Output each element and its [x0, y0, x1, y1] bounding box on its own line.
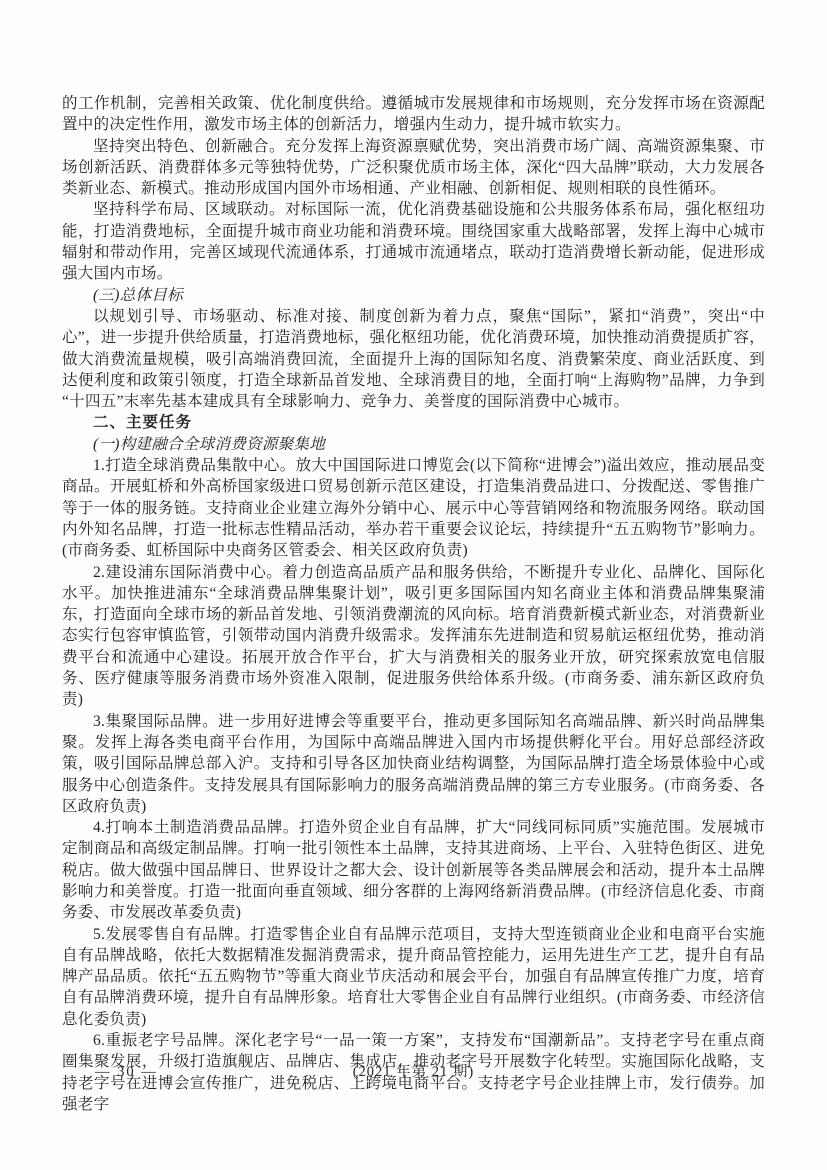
- chapter-heading-main-tasks: 二、主要任务: [62, 412, 765, 433]
- section-heading-global-consumption-hub: (一)构建融合全球消费资源聚集地: [62, 434, 765, 455]
- paragraph-task-4: 4.打响本土制造消费品品牌。打造外贸企业自有品牌，扩大“同线同标同质”实施范围。…: [62, 817, 765, 923]
- page-footer: — 30 — (2021 年第 21 期): [62, 1062, 765, 1082]
- paragraph-task-5: 5.发展零售自有品牌。打造零售企业自有品牌示范项目，支持大型连锁商业企业和电商平…: [62, 924, 765, 1030]
- paragraph-overall-goal: 以规划引导、市场驱动、标准对接、制度创新为着力点，聚焦“国际”，紧扣“消费”，突…: [62, 306, 765, 412]
- paragraph-feature-innovation: 坚持突出特色、创新融合。充分发挥上海资源禀赋优势，突出消费市场广阔、高端资源集聚…: [62, 136, 765, 200]
- issue-label: (2021 年第 21 期): [62, 1062, 765, 1082]
- document-page: 的工作机制，完善相关政策、优化制度供给。遵循城市发展规律和市场规则，充分发挥市场…: [0, 0, 827, 1170]
- document-body: 的工作机制，完善相关政策、优化制度供给。遵循城市发展规律和市场规则，充分发挥市场…: [62, 93, 765, 1115]
- paragraph-task-2: 2.建设浦东国际消费中心。着力创造高品质产品和服务供给，不断提升专业化、品牌化、…: [62, 562, 765, 711]
- paragraph-continuation: 的工作机制，完善相关政策、优化制度供给。遵循城市发展规律和市场规则，充分发挥市场…: [62, 93, 765, 136]
- paragraph-task-3: 3.集聚国际品牌。进一步用好进博会等重要平台，推动更多国际知名高端品牌、新兴时尚…: [62, 711, 765, 817]
- page-number: — 30 —: [95, 1062, 158, 1082]
- section-heading-overall-goal: (三)总体目标: [62, 285, 765, 306]
- paragraph-scientific-layout: 坚持科学布局、区域联动。对标国际一流，优化消费基础设施和公共服务体系布局，强化枢…: [62, 199, 765, 284]
- paragraph-task-1: 1.打造全球消费品集散中心。放大中国国际进口博览会(以下简称“进博会”)溢出效应…: [62, 455, 765, 561]
